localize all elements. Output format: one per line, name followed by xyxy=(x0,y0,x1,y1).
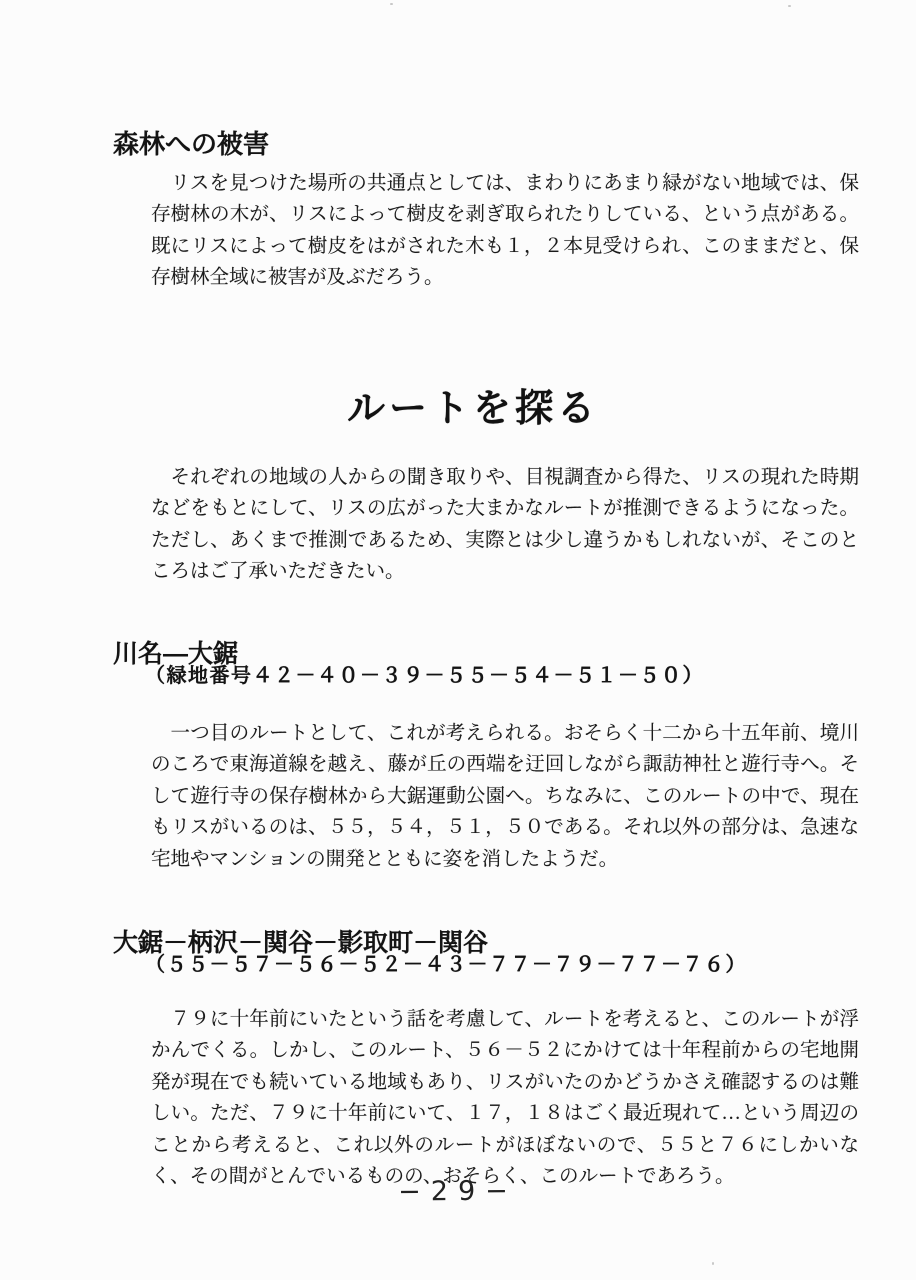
paragraph-route-intro: それぞれの地域の人からの聞き取りや、目視調査から得た、リスの現れた時期などをもと… xyxy=(151,462,859,588)
scan-speck-icon xyxy=(390,3,393,5)
paragraph-route2: ７９に十年前にいたという話を考慮して、ルートを考えると、このルートが浮かんでくる… xyxy=(151,1004,859,1193)
green-space-numbers-route1: （緑地番号４２－４０－３９－５５－５４－５１－５０） xyxy=(145,659,704,688)
scan-speck-icon xyxy=(712,1262,714,1265)
scan-speck-icon xyxy=(788,5,791,7)
page-title-searching-route: ルートを探る xyxy=(30,377,916,432)
paragraph-forest-damage: リスを見つけた場所の共通点としては、まわりにあまり緑がない地域では、保存樹林の木… xyxy=(151,168,859,294)
section-heading-forest-damage: 森林への被害 xyxy=(113,124,269,161)
scanned-page: 森林への被害 リスを見つけた場所の共通点としては、まわりにあまり緑がない地域では… xyxy=(0,0,916,1280)
paragraph-route1: 一つ目のルートとして、これが考えられる。おそらく十二から十五年前、境川のころで東… xyxy=(151,718,859,876)
handwritten-page-number: −29− xyxy=(0,1172,916,1211)
green-space-numbers-route2: （５５－５７－５６－５２－４３－７７－７９－７７－７６） xyxy=(145,948,747,977)
